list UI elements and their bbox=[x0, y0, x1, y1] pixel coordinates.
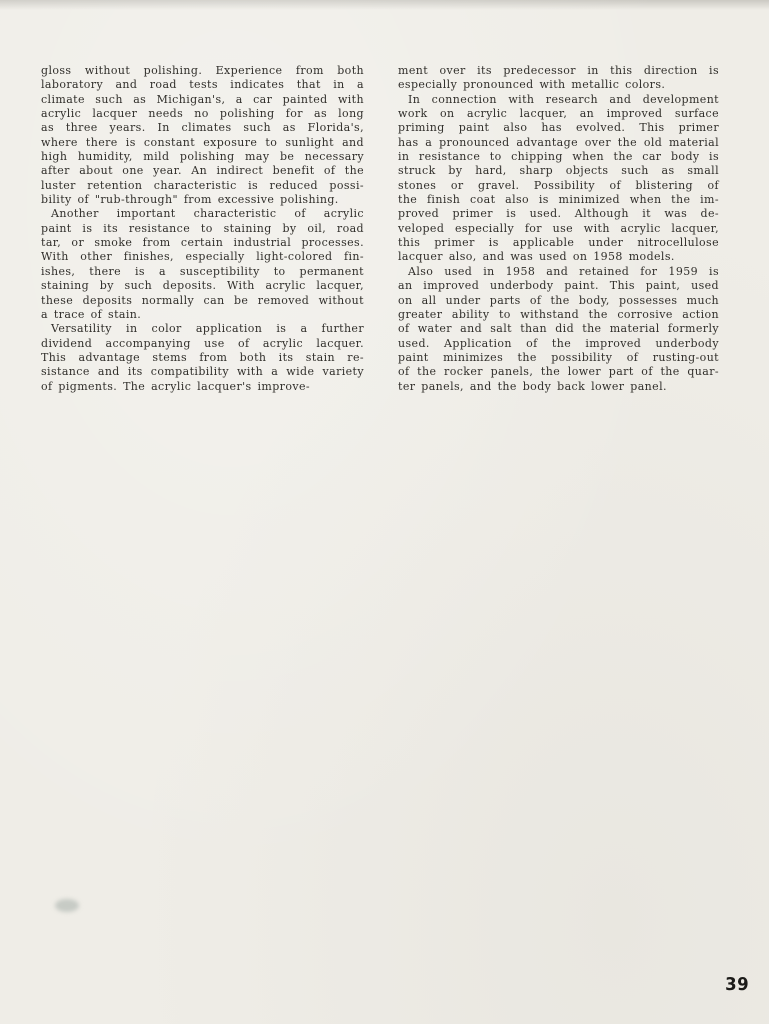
text-line: greater ability to withstand the corrosi… bbox=[398, 308, 719, 322]
text-line: luster retention characteristic is reduc… bbox=[41, 179, 364, 193]
text-line: Another important characteristic of acry… bbox=[41, 207, 364, 221]
page-number: 39 bbox=[725, 974, 749, 995]
text-line: ter panels, and the body back lower pane… bbox=[398, 380, 719, 394]
paragraph: Versatility in color application is a fu… bbox=[41, 322, 364, 394]
paragraph: Also used in 1958 and retained for 1959 … bbox=[398, 265, 719, 394]
text-line: a trace of stain. bbox=[41, 308, 364, 322]
text-line: Also used in 1958 and retained for 1959 … bbox=[398, 265, 719, 279]
text-line: tar, or smoke from certain industrial pr… bbox=[41, 236, 364, 250]
text-line: sistance and its compatibility with a wi… bbox=[41, 365, 364, 379]
text-line: bility of "rub-through" from excessive p… bbox=[41, 193, 364, 207]
text-line: With other finishes, especially light-co… bbox=[41, 250, 364, 264]
text-line: paint is its resistance to staining by o… bbox=[41, 222, 364, 236]
text-line: In connection with research and developm… bbox=[398, 93, 719, 107]
text-column-left: gloss without polishing. Experience from… bbox=[41, 64, 364, 394]
text-line: gloss without polishing. Experience from… bbox=[41, 64, 364, 78]
text-line: high humidity, mild polishing may be nec… bbox=[41, 150, 364, 164]
text-line: struck by hard, sharp objects such as sm… bbox=[398, 164, 719, 178]
paragraph: Another important characteristic of acry… bbox=[41, 207, 364, 322]
text-line: the finish coat also is minimized when t… bbox=[398, 193, 719, 207]
text-line: especially pronounced with metallic colo… bbox=[398, 78, 719, 92]
text-line: where there is constant exposure to sunl… bbox=[41, 136, 364, 150]
scan-top-shade bbox=[0, 0, 769, 10]
scan-smudge bbox=[55, 899, 79, 912]
text-line: dividend accompanying use of acrylic lac… bbox=[41, 337, 364, 351]
text-line: stones or gravel. Possibility of blister… bbox=[398, 179, 719, 193]
text-line: used. Application of the improved underb… bbox=[398, 337, 719, 351]
text-line: in resistance to chipping when the car b… bbox=[398, 150, 719, 164]
paragraph: gloss without polishing. Experience from… bbox=[41, 64, 364, 207]
text-line: acrylic lacquer needs no polishing for a… bbox=[41, 107, 364, 121]
text-line: of water and salt than did the material … bbox=[398, 322, 719, 336]
text-line: staining by such deposits. With acrylic … bbox=[41, 279, 364, 293]
text-line: of pigments. The acrylic lacquer's impro… bbox=[41, 380, 364, 394]
text-line: this primer is applicable under nitrocel… bbox=[398, 236, 719, 250]
paragraph: ment over its predecessor in this direct… bbox=[398, 64, 719, 93]
text-line: veloped especially for use with acrylic … bbox=[398, 222, 719, 236]
text-line: after about one year. An indirect benefi… bbox=[41, 164, 364, 178]
paragraph: In connection with research and developm… bbox=[398, 93, 719, 265]
text-line: as three years. In climates such as Flor… bbox=[41, 121, 364, 135]
text-line: ishes, there is a susceptibility to perm… bbox=[41, 265, 364, 279]
text-line: climate such as Michigan's, a car painte… bbox=[41, 93, 364, 107]
text-line: paint minimizes the possibility of rusti… bbox=[398, 351, 719, 365]
text-line: This advantage stems from both its stain… bbox=[41, 351, 364, 365]
text-line: on all under parts of the body, possesse… bbox=[398, 294, 719, 308]
text-line: lacquer also, and was used on 1958 model… bbox=[398, 250, 719, 264]
text-line: of the rocker panels, the lower part of … bbox=[398, 365, 719, 379]
text-line: Versatility in color application is a fu… bbox=[41, 322, 364, 336]
text-line: proved primer is used. Although it was d… bbox=[398, 207, 719, 221]
text-line: has a pronounced advantage over the old … bbox=[398, 136, 719, 150]
text-column-right: ment over its predecessor in this direct… bbox=[398, 64, 719, 394]
text-line: ment over its predecessor in this direct… bbox=[398, 64, 719, 78]
text-line: these deposits normally can be removed w… bbox=[41, 294, 364, 308]
text-line: an improved underbody paint. This paint,… bbox=[398, 279, 719, 293]
text-line: work on acrylic lacquer, an improved sur… bbox=[398, 107, 719, 121]
document-page: gloss without polishing. Experience from… bbox=[0, 0, 769, 1024]
text-line: laboratory and road tests indicates that… bbox=[41, 78, 364, 92]
text-line: priming paint also has evolved. This pri… bbox=[398, 121, 719, 135]
